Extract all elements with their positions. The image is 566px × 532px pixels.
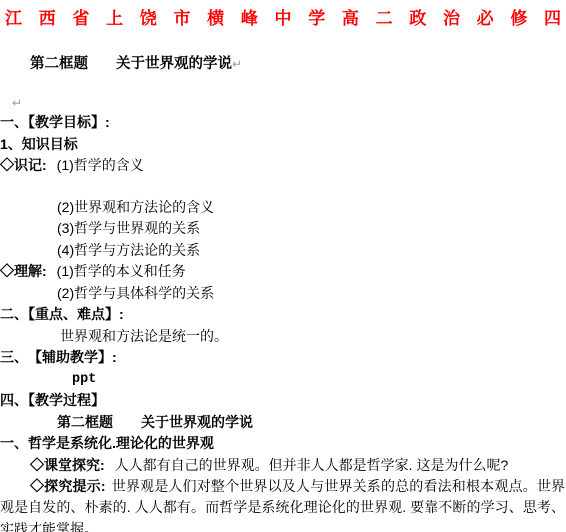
- paragraph-mark-icon: ↵: [12, 96, 22, 110]
- explore-label: ◇课堂探究:: [30, 457, 105, 473]
- document-body: 一、【教学目标】: 1、知识目标 ◇识记:(1)哲学的含义 (2)世界观和方法论…: [0, 112, 566, 532]
- explore-line: ◇课堂探究:人人都有自己的世界观。但并非人人都是哲学家. 这是为什么呢?: [0, 455, 566, 477]
- shiji-item-4: (4)哲学与方法论的关系: [0, 240, 566, 262]
- section1-heading: 一、【教学目标】:: [0, 112, 566, 134]
- lesson-label: 第二框题: [30, 56, 88, 72]
- document-page: 江西省上饶市横峰中学高二政治必修四 第二框题关于世界观的学说↵ ↵ 一、【教学目…: [0, 0, 566, 532]
- shiji-item-1: (1)哲学的含义: [57, 157, 144, 173]
- point1-heading: 一、哲学是系统化.理论化的世界观: [0, 433, 566, 455]
- section2-text: 世界观和方法论是统一的。: [0, 326, 566, 348]
- section4-sub-title: 关于世界观的学说: [141, 414, 253, 430]
- paragraph-mark-icon: ↵: [232, 57, 242, 71]
- section3-text: ppt: [0, 369, 566, 391]
- section1-subheading: 1、知识目标: [0, 134, 566, 156]
- hint-paragraph: ◇探究提示:世界观是人们对整个世界以及人与世界关系的总的看法和根本观点。世界观是…: [0, 476, 566, 532]
- shiji-item-2: (2)世界观和方法论的含义: [0, 197, 566, 219]
- lijie-line: ◇理解:(1)哲学的本义和任务: [0, 261, 566, 283]
- section4-sub-label: 第二框题: [57, 414, 113, 430]
- section4-heading: 四、【教学过程】: [0, 390, 566, 412]
- blank-line: [0, 177, 566, 197]
- section2-heading: 二、【重点、难点】:: [0, 304, 566, 326]
- shiji-line: ◇识记:(1)哲学的含义: [0, 155, 566, 177]
- shiji-label: ◇识记:: [0, 157, 47, 173]
- empty-paragraph-line: ↵: [0, 95, 566, 111]
- lijie-item-1: (1)哲学的本义和任务: [57, 263, 186, 279]
- explore-text: 人人都有自己的世界观。但并非人人都是哲学家. 这是为什么呢?: [115, 457, 509, 473]
- shiji-item-3: (3)哲学与世界观的关系: [0, 218, 566, 240]
- hint-label: ◇探究提示:: [30, 478, 106, 494]
- lesson-title: 关于世界观的学说: [116, 56, 232, 72]
- section4-subtitle: 第二框题关于世界观的学说: [0, 412, 566, 434]
- lesson-subtitle: 第二框题关于世界观的学说↵: [0, 55, 566, 73]
- section3-heading: 三、 【辅助教学】:: [0, 347, 566, 369]
- lijie-label: ◇理解:: [0, 263, 47, 279]
- school-title: 江西省上饶市横峰中学高二政治必修四: [5, 9, 561, 29]
- lijie-item-2: (2)哲学与具体科学的关系: [0, 283, 566, 305]
